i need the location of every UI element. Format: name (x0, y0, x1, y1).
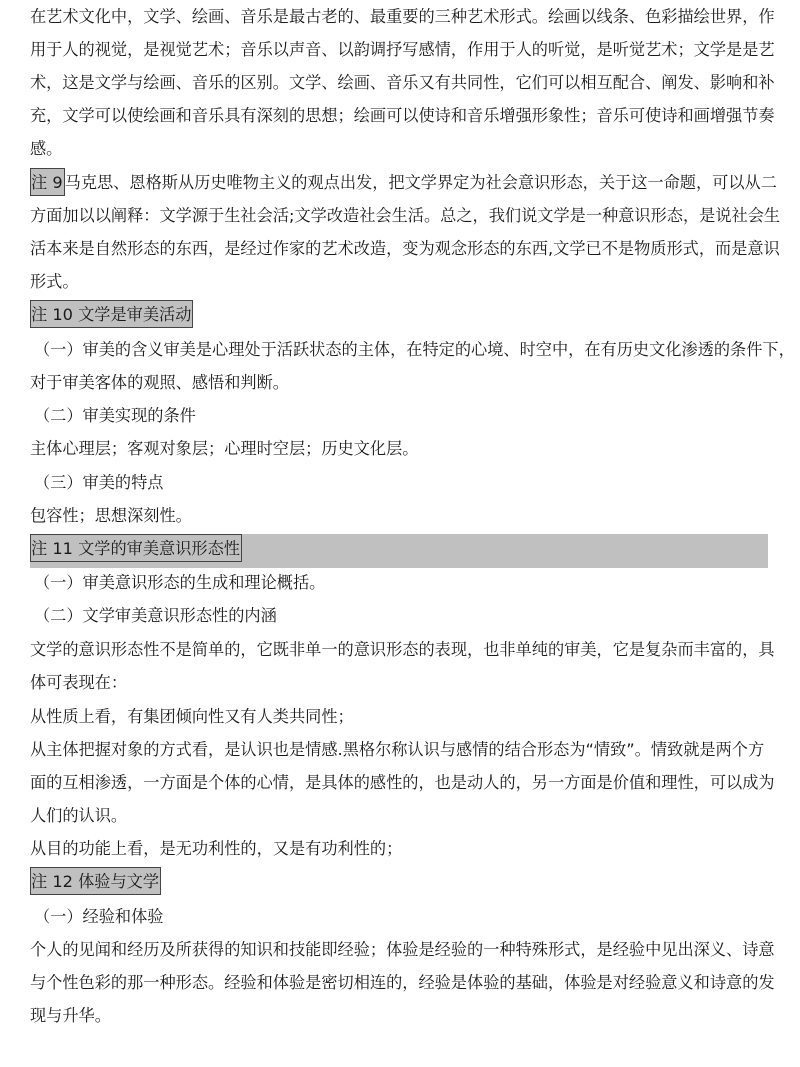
note12-heading-line: 注 12 体验与文学 (30, 865, 161, 898)
note10-item-body: 主体心理层；客观对象层；心理时空层；历史文化层。 (30, 432, 419, 465)
note9-line: 形式。 (30, 265, 79, 298)
note12-body-line: 与个性色彩的那一种形态。经验和体验是密切相连的，经验是体验的基础，体验是对经验意… (30, 966, 775, 999)
note11-body-line: 体可表现在： (30, 666, 127, 699)
note10-item-body: 包容性；思想深刻性。 (30, 499, 192, 532)
note11-body-line: 从目的功能上看，是无功利性的，又是有功利性的； (30, 832, 402, 865)
note11-body-line: 面的互相渗透，一方面是个体的心情，是具体的感性的，也是动人的，另一方面是价值和理… (30, 766, 775, 799)
note9-text: 马克思、恩格斯从历史唯物主义的观点出发，把文学界定为社会意识形态，关于这一命题，… (65, 173, 777, 192)
note11-item: （一）审美意识形态的生成和理论概括。 (34, 566, 325, 599)
note12-heading: 注 12 体验与文学 (30, 867, 161, 895)
intro-line: 感。 (30, 132, 62, 165)
note12-item: （一）经验和体验 (34, 900, 164, 933)
intro-line: 在艺术文化中，文学、绘画、音乐是最古老的、最重要的三种艺术形式。绘画以线条、色彩… (30, 0, 775, 33)
note11-body-line: 从性质上看，有集团倾向性又有人类共同性； (30, 700, 354, 733)
note9-label: 注 9 (30, 168, 65, 196)
intro-line: 充，文学可以使绘画和音乐具有深刻的思想；绘画可以使诗和音乐增强形象性；音乐可使诗… (30, 99, 775, 132)
intro-line: 用于人的视觉，是视觉艺术；音乐以声音、以韵调抒写感情，作用于人的听觉，是听觉艺术… (30, 33, 775, 66)
note10-item-title: （一）审美的含义审美是心理处于活跃状态的主体，在特定的心境、时空中，在有历史文化… (34, 333, 795, 366)
note11-body-line: 从主体把握对象的方式看，是认识也是情感.黑格尔称认识与感情的结合形态为“情致”。… (30, 733, 764, 766)
note9-first-line: 注 9马克思、恩格斯从历史唯物主义的观点出发，把文学界定为社会意识形态，关于这一… (30, 166, 777, 199)
note10-heading: 注 10 文学是审美活动 (30, 300, 193, 328)
note10-heading-line: 注 10 文学是审美活动 (30, 298, 193, 331)
intro-line: 术，这是文学与绘画、音乐的区别。文学、绘画、音乐又有共同性，它们可以相互配合、阐… (30, 66, 775, 99)
note11-item: （二）文学审美意识形态性的内涵 (34, 599, 277, 632)
note11-body-line: 文学的意识形态性不是简单的，它既非单一的意识形态的表现，也非单纯的审美，它是复杂… (30, 633, 775, 666)
note12-body-line: 现与升华。 (30, 999, 111, 1032)
note12-body-line: 个人的见闻和经历及所获得的知识和技能即经验；体验是经验的一种特殊形式，是经验中见… (30, 933, 775, 966)
note9-line: 方面加以以阐释：文学源于生社会活;文学改造社会生活。总之，我们说文学是一种意识形… (30, 199, 780, 232)
note10-item-title: （二）审美实现的条件 (34, 399, 196, 432)
note10-item-title: （三）审美的特点 (34, 466, 164, 499)
note11-heading: 注 11 文学的审美意识形态性 (30, 534, 242, 562)
note10-item-body: 对于审美客体的观照、感悟和判断。 (30, 366, 289, 399)
note9-line: 活本来是自然形态的东西，是经过作家的艺术改造，变为观念形态的东西,文学已不是物质… (30, 232, 780, 265)
note11-body-line: 人们的认识。 (30, 799, 127, 832)
